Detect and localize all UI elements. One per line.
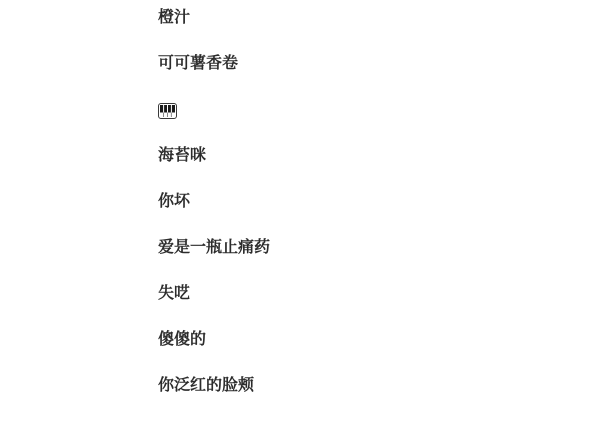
item-label: 可可薯香卷 (158, 55, 238, 72)
list-item[interactable] (158, 101, 270, 147)
item-label: 傻傻的 (158, 331, 206, 348)
list-item[interactable]: 海苔咪 (158, 147, 270, 193)
musical-keyboard-icon (158, 103, 177, 119)
list-item[interactable]: 你坏 (158, 193, 270, 239)
item-label: 海苔咪 (158, 147, 206, 164)
item-label: 爱是一瓶止痛药 (158, 239, 270, 256)
item-label: 你坏 (158, 193, 190, 210)
song-title-list: 橙汁 可可薯香卷 海苔咪 你坏 爱是一瓶止痛药 失呓 傻傻的 (158, 9, 270, 400)
list-item[interactable]: 爱是一瓶止痛药 (158, 239, 270, 285)
list-item[interactable]: 橙汁 (158, 9, 270, 55)
list-item[interactable]: 傻傻的 (158, 331, 270, 377)
item-label: 失呓 (158, 285, 190, 302)
list-item[interactable]: 你泛红的脸颊 (158, 377, 270, 400)
item-label: 橙汁 (158, 9, 190, 26)
item-label: 你泛红的脸颊 (158, 377, 254, 394)
list-item[interactable]: 失呓 (158, 285, 270, 331)
list-item[interactable]: 可可薯香卷 (158, 55, 270, 101)
